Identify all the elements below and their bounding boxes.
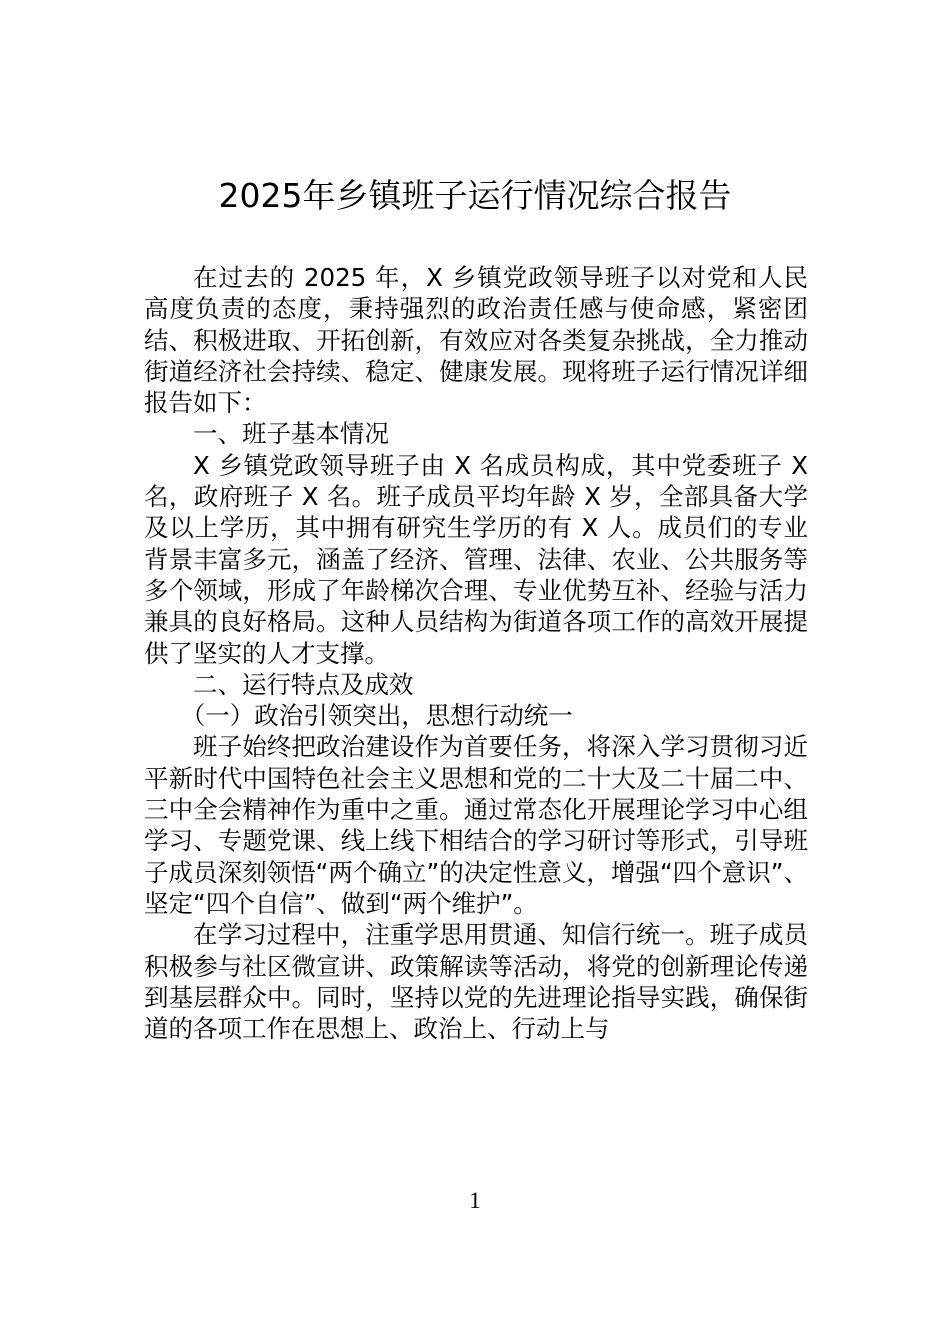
document-body: 在过去的 2025 年，X 乡镇党政领导班子以对党和人民高度负责的态度，秉持强烈… [144, 262, 808, 1044]
document-page: 2025年乡镇班子运行情况综合报告 在过去的 2025 年，X 乡镇党政领导班子… [0, 0, 950, 1344]
section-heading-2: 二、运行特点及成效 [144, 669, 808, 700]
political-building-paragraph: 班子始终把政治建设作为首要任务，将深入学习贯彻习近平新时代中国特色社会主义思想和… [144, 731, 808, 919]
subsection-heading-1: （一）政治引领突出，思想行动统一 [144, 700, 808, 731]
basic-info-paragraph: X 乡镇党政领导班子由 X 名成员构成，其中党委班子 X 名，政府班子 X 名。… [144, 450, 808, 669]
learning-process-paragraph: 在学习过程中，注重学思用贯通、知信行统一。班子成员积极参与社区微宣讲、政策解读等… [144, 919, 808, 1044]
document-title: 2025年乡镇班子运行情况综合报告 [0, 172, 950, 220]
section-heading-1: 一、班子基本情况 [144, 418, 808, 449]
intro-paragraph: 在过去的 2025 年，X 乡镇党政领导班子以对党和人民高度负责的态度，秉持强烈… [144, 262, 808, 418]
page-number: 1 [0, 1188, 950, 1214]
